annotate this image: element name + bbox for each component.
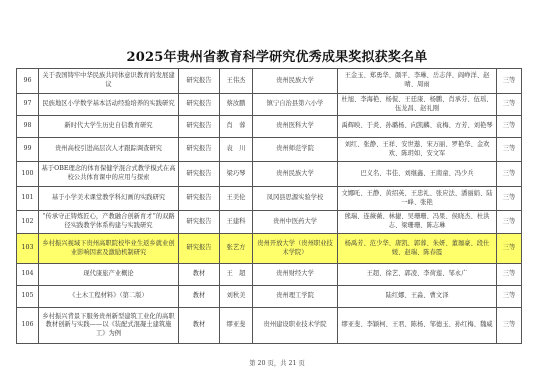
achievement-title-cell: 贵州高校引进高层次人才跟踪调查研究	[39, 138, 179, 162]
institution-cell: 贵州医科大学	[253, 116, 338, 138]
principal-investigator-cell: 袁 川	[220, 138, 253, 162]
row-number-cell: 104	[17, 264, 39, 286]
table-row: 97民族地区小学数学基本活动经验培养的实践研究研究报告蔡汝鹏镇宁自治县第六小学杜…	[17, 94, 522, 116]
principal-investigator-cell: 张艺方	[220, 234, 253, 264]
achievement-type-cell: 研究报告	[179, 94, 220, 116]
team-members-cell: 文娜吒、王静、黄绍英、王忠礼、张应法、潘丽娟、陆一峰、张艳	[338, 187, 497, 211]
award-grade-cell: 三等	[497, 94, 522, 116]
team-members-cell: 缪亚斐、李颖柯、王君、陈杨、邹德玉、孙红梅、魏威	[338, 308, 497, 344]
award-grade-cell: 三等	[497, 211, 522, 234]
team-members-cell: 杜旭、李海艳、杨侃、王廷康、杨鹏、肖承芬、伍瑶、伍龙昌、赵礼刚	[338, 94, 497, 116]
institution-cell: 贵州开放大学（贵州职业技术学院）	[253, 234, 338, 264]
achievement-title-cell: 《土木工程材料》（第二版）	[39, 286, 179, 308]
table-row: 102“传承守正铸炼匠心，产教融合创新育才”的双路径实践教学体系构建与实践研究研…	[17, 211, 522, 234]
principal-investigator-cell: 王建科	[220, 211, 253, 234]
institution-cell: 贵州中医药大学	[253, 211, 338, 234]
achievement-type-cell: 研究报告	[179, 211, 220, 234]
achievement-type-cell: 教材	[179, 264, 220, 286]
table-row: 99贵州高校引进高层次人才跟踪调查研究研究报告袁 川贵州师范学院刘红、张静、王祥…	[17, 138, 522, 162]
team-members-cell: 王超、徐艺、郭凌、李荷莲、邹永广	[338, 264, 497, 286]
award-grade-cell: 三等	[497, 264, 522, 286]
achievement-title-cell: 新时代大学生历史自信教育研究	[39, 116, 179, 138]
principal-investigator-cell: 王美伦	[220, 187, 253, 211]
team-members-cell: 熊瑞、连薇薇、林捷、吴珊珊、冯果、侯晓杰、杜洪志、梁珊珊、陈志琳	[338, 211, 497, 234]
achievement-title-cell: 关于我国铸牢中华民族共同体意识教育的发展建议	[39, 69, 179, 94]
achievement-type-cell: 教材	[179, 308, 220, 344]
table-row: 100基于OBE理念的体育保健学混合式教学模式在高校公共体育课中的应用与探索研究…	[17, 162, 522, 187]
principal-investigator-cell: 王伟杰	[220, 69, 253, 94]
institution-cell: 凤冈县思源实验学校	[253, 187, 338, 211]
table-row: 105《土木工程材料》（第二版）教材刘秋美贵州理工学院陆红娜、王淼、曹文泽三等	[17, 286, 522, 308]
award-grade-cell: 三等	[497, 116, 522, 138]
achievement-type-cell: 研究报告	[179, 187, 220, 211]
team-members-cell: 刘红、张静、王祥、安世遨、宋万丽、罗艳华、金欢欢、陈玥如、安文军	[338, 138, 497, 162]
award-table-body: 96关于我国铸牢中华民族共同体意识教育的发展建议研究报告王伟杰贵州民族大学王金玉…	[17, 69, 522, 344]
institution-cell: 贵州民族大学	[253, 69, 338, 94]
achievement-title-cell: “传承守正铸炼匠心，产教融合创新育才”的双路径实践教学体系构建与实践研究	[39, 211, 179, 234]
principal-investigator-cell: 肖 蓉	[220, 116, 253, 138]
award-grade-cell: 三等	[497, 187, 522, 211]
page-footer: 第 20 页，共 21 页	[0, 358, 554, 367]
principal-investigator-cell: 刘秋美	[220, 286, 253, 308]
award-grade-cell: 三等	[497, 138, 522, 162]
achievement-type-cell: 研究报告	[179, 162, 220, 187]
table-row: 103乡村振兴视域下贵州高职院校毕业生返乡就业创业影响因素及激励机制研究研究报告…	[17, 234, 522, 264]
institution-cell: 贵州财经大学	[253, 264, 338, 286]
achievement-type-cell: 研究报告	[179, 138, 220, 162]
table-row: 98新时代大学生历史自信教育研究研究报告肖 蓉贵州医科大学禹辉映、于炎、孙璐杨、…	[17, 116, 522, 138]
team-members-cell: 禹辉映、于炎、孙璐杨、向凯麟、袁梅、方芳、刘艳琴	[338, 116, 497, 138]
award-grade-cell: 三等	[497, 162, 522, 187]
achievement-title-cell: 基于小学美术课堂教学科幻画的实践研究	[39, 187, 179, 211]
row-number-cell: 96	[17, 69, 39, 94]
table-row: 106乡村振兴背景下服务贵州新型建筑工业化的高职教材创新与实践——以《装配式混凝…	[17, 308, 522, 344]
team-members-cell: 杨禹芳、范少华、唐凯、郭蓉、朱妍、董珈豪、段仕媛、赵瑞、陈春霞	[338, 234, 497, 264]
row-number-cell: 99	[17, 138, 39, 162]
achievement-type-cell: 研究报告	[179, 234, 220, 264]
row-number-cell: 103	[17, 234, 39, 264]
achievement-title-cell: 乡村振兴背景下服务贵州新型建筑工业化的高职教材创新与实践——以《装配式混凝土建筑…	[39, 308, 179, 344]
award-grade-cell: 三等	[497, 308, 522, 344]
table-row: 104现代康旅产业概论教材王 超贵州财经大学王超、徐艺、郭凌、李荷莲、邹永广三等	[17, 264, 522, 286]
institution-cell: 镇宁自治县第六小学	[253, 94, 338, 116]
institution-cell: 贵州建设职业技术学院	[253, 308, 338, 344]
achievement-type-cell: 研究报告	[179, 116, 220, 138]
award-grade-cell: 三等	[497, 69, 522, 94]
document-title: 2025年贵州省教育科学研究优秀成果奖拟获奖名单	[0, 46, 554, 65]
achievement-title-cell: 基于OBE理念的体育保健学混合式教学模式在高校公共体育课中的应用与探索	[39, 162, 179, 187]
row-number-cell: 102	[17, 211, 39, 234]
achievement-type-cell: 教材	[179, 286, 220, 308]
award-grade-cell: 三等	[497, 286, 522, 308]
principal-investigator-cell: 梁巧琴	[220, 162, 253, 187]
team-members-cell: 陆红娜、王淼、曹文泽	[338, 286, 497, 308]
achievement-title-cell: 乡村振兴视域下贵州高职院校毕业生返乡就业创业影响因素及激励机制研究	[39, 234, 179, 264]
achievement-title-cell: 民族地区小学数学基本活动经验培养的实践研究	[39, 94, 179, 116]
principal-investigator-cell: 蔡汝鹏	[220, 94, 253, 116]
award-table: 96关于我国铸牢中华民族共同体意识教育的发展建议研究报告王伟杰贵州民族大学王金玉…	[16, 68, 522, 344]
row-number-cell: 106	[17, 308, 39, 344]
institution-cell: 贵州理工学院	[253, 286, 338, 308]
institution-cell: 贵州师范学院	[253, 138, 338, 162]
table-row: 96关于我国铸牢中华民族共同体意识教育的发展建议研究报告王伟杰贵州民族大学王金玉…	[17, 69, 522, 94]
row-number-cell: 98	[17, 116, 39, 138]
achievement-type-cell: 研究报告	[179, 69, 220, 94]
award-grade-cell: 三等	[497, 234, 522, 264]
achievement-title-cell: 现代康旅产业概论	[39, 264, 179, 286]
row-number-cell: 105	[17, 286, 39, 308]
team-members-cell: 王金玉、郑勇华、颜平、李琳、岳志萍、阎峥洋、赵晴、周雨	[338, 69, 497, 94]
row-number-cell: 100	[17, 162, 39, 187]
principal-investigator-cell: 王 超	[220, 264, 253, 286]
row-number-cell: 97	[17, 94, 39, 116]
principal-investigator-cell: 缪亚斐	[220, 308, 253, 344]
institution-cell: 贵州民族大学	[253, 162, 338, 187]
team-members-cell: 巴义名、韦佳、刘继鑫、王南童、冯少兵	[338, 162, 497, 187]
table-row: 101基于小学美术课堂教学科幻画的实践研究研究报告王美伦凤冈县思源实验学校文娜吒…	[17, 187, 522, 211]
row-number-cell: 101	[17, 187, 39, 211]
